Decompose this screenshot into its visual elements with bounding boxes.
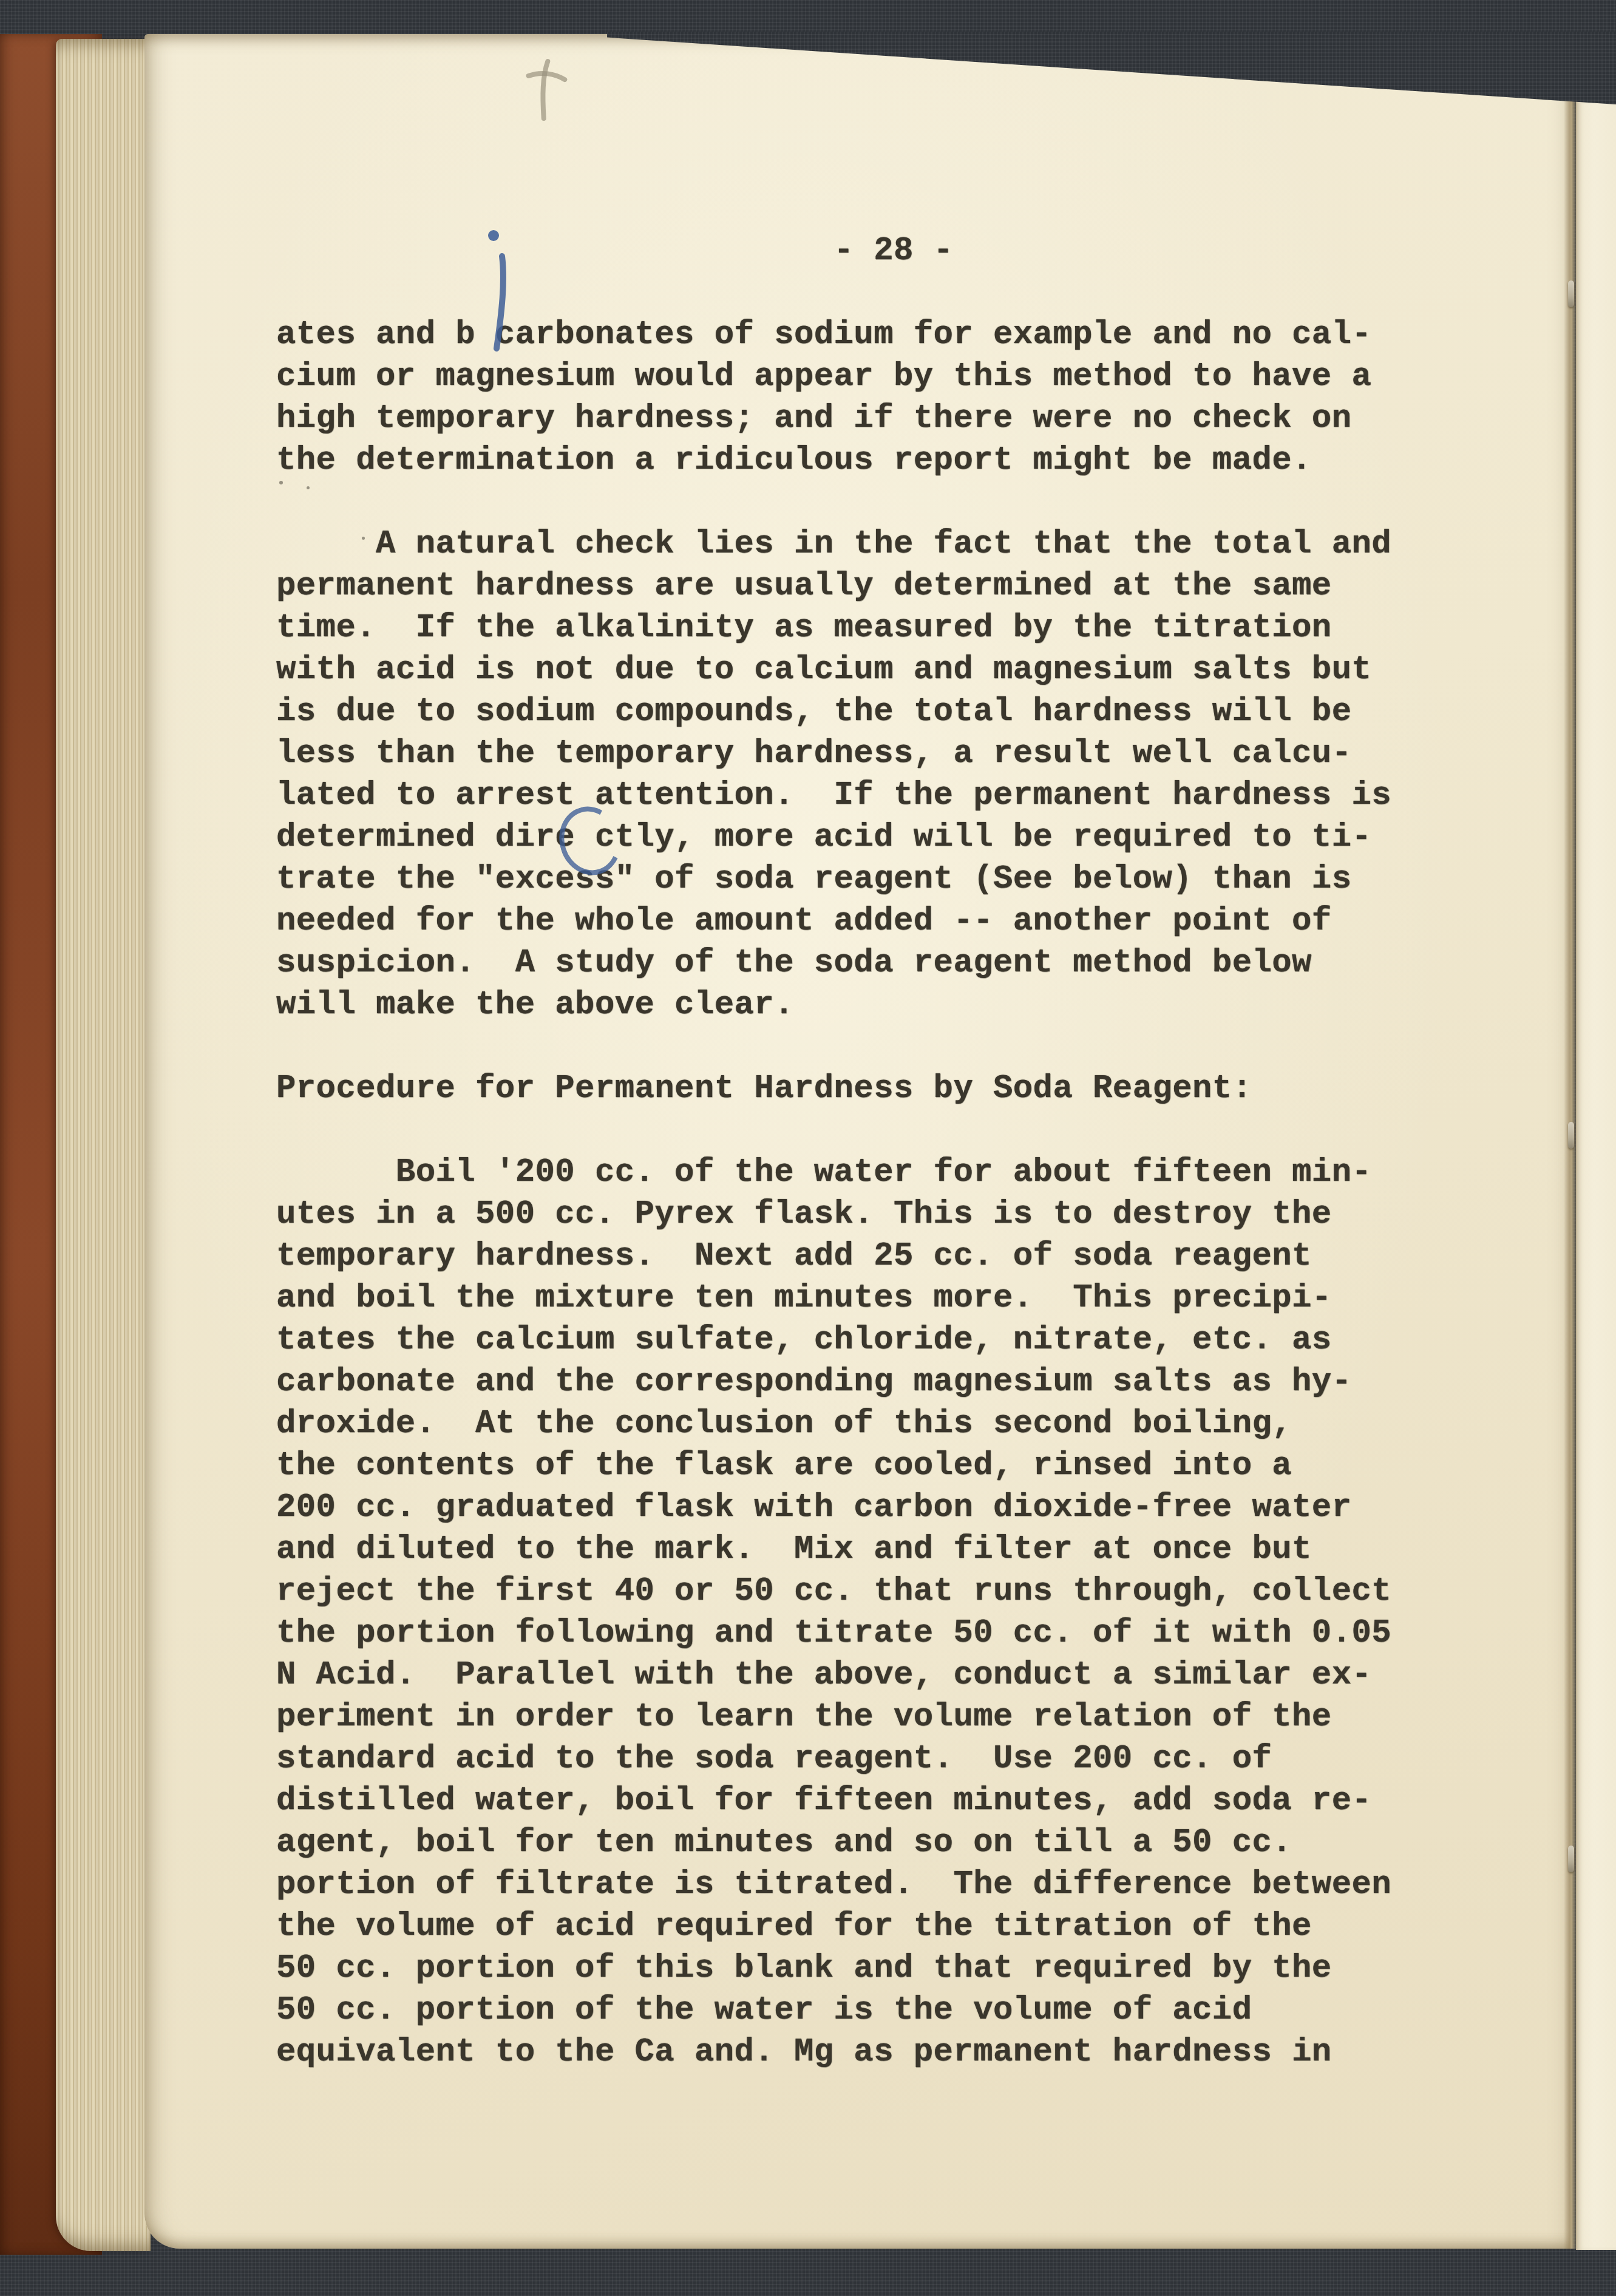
typed-blank-line <box>276 1026 1391 1068</box>
typed-line: distilled water, boil for fifteen minute… <box>276 1780 1391 1822</box>
pencil-plus-mark <box>521 57 570 123</box>
typed-line: A natural check lies in the fact that th… <box>276 523 1391 565</box>
typed-line: standard acid to the soda reagent. Use 2… <box>276 1738 1391 1780</box>
binding-stitch <box>1568 1846 1574 1872</box>
typed-line: portion of filtrate is titrated. The dif… <box>276 1864 1391 1906</box>
pencil-speck <box>279 481 283 484</box>
typed-line: lated to arrest attention. If the perman… <box>276 775 1391 817</box>
typed-line: equivalent to the Ca and. Mg as permanen… <box>276 2031 1391 2073</box>
handwritten-i-annotation <box>470 226 525 356</box>
typed-line: and boil the mixture ten minutes more. T… <box>276 1277 1391 1319</box>
typed-line: high temporary hardness; and if there we… <box>276 398 1391 440</box>
typed-line: periment in order to learn the volume re… <box>276 1696 1391 1738</box>
binding-stitch <box>1568 1122 1574 1149</box>
typed-line: less than the temporary hardness, a resu… <box>276 733 1391 775</box>
typed-line: the volume of acid required for the titr… <box>276 1906 1391 1948</box>
typed-blank-line <box>276 272 1391 314</box>
typed-line: and diluted to the mark. Mix and filter … <box>276 1529 1391 1571</box>
typed-line: 200 cc. graduated flask with carbon diox… <box>276 1487 1391 1529</box>
typed-line: N Acid. Parallel with the above, conduct… <box>276 1654 1391 1696</box>
typed-blank-line <box>276 1110 1391 1152</box>
typed-line: Boil '200 cc. of the water for about fif… <box>276 1152 1391 1194</box>
typed-line: carbonate and the corresponding magnesiu… <box>276 1361 1391 1403</box>
typed-line: - 28 - <box>276 230 1391 272</box>
typed-line: ates and b carbonates of sodium for exam… <box>276 314 1391 356</box>
adjacent-page-leaf <box>1576 101 1616 2250</box>
typed-line: the contents of the flask are cooled, ri… <box>276 1445 1391 1487</box>
typed-line: trate the "excess" of soda reagent (See … <box>276 858 1391 900</box>
typed-line: 50 cc. portion of this blank and that re… <box>276 1948 1391 1989</box>
pencil-speck <box>307 486 310 489</box>
typed-line: tates the calcium sulfate, chloride, nit… <box>276 1319 1391 1361</box>
typed-text-block: - 28 -ates and b carbonates of sodium fo… <box>276 230 1391 2073</box>
book-scan: - 28 -ates and b carbonates of sodium fo… <box>0 0 1616 2296</box>
typed-line: time. If the alkalinity as measured by t… <box>276 607 1391 649</box>
typed-line: will make the above clear. <box>276 984 1391 1026</box>
typed-line: permanent hardness are usually determine… <box>276 565 1391 607</box>
typed-line: suspicion. A study of the soda reagent m… <box>276 942 1391 984</box>
typed-line: Procedure for Permanent Hardness by Soda… <box>276 1068 1391 1110</box>
typed-line: needed for the whole amount added -- ano… <box>276 900 1391 942</box>
pencil-speck <box>362 537 365 540</box>
typed-line: cium or magnesium would appear by this m… <box>276 356 1391 398</box>
page-edge-stack <box>56 39 151 2251</box>
typed-line: the determination a ridiculous report mi… <box>276 440 1391 481</box>
typed-line: 50 cc. portion of the water is the volum… <box>276 1989 1391 2031</box>
typed-blank-line <box>276 481 1391 523</box>
typed-line: is due to sodium compounds, the total ha… <box>276 691 1391 733</box>
typed-line: temporary hardness. Next add 25 cc. of s… <box>276 1235 1391 1277</box>
typed-line: determined dire ctly, more acid will be … <box>276 817 1391 858</box>
typed-line: droxide. At the conclusion of this secon… <box>276 1403 1391 1445</box>
binding-stitch <box>1568 280 1574 307</box>
binding-crease <box>1564 97 1577 2249</box>
typed-line: reject the first 40 or 50 cc. that runs … <box>276 1571 1391 1612</box>
typed-line: with acid is not due to calcium and magn… <box>276 649 1391 691</box>
typed-line: the portion following and titrate 50 cc.… <box>276 1612 1391 1654</box>
typed-line: utes in a 500 cc. Pyrex flask. This is t… <box>276 1194 1391 1235</box>
typed-line: agent, boil for ten minutes and so on ti… <box>276 1822 1391 1864</box>
